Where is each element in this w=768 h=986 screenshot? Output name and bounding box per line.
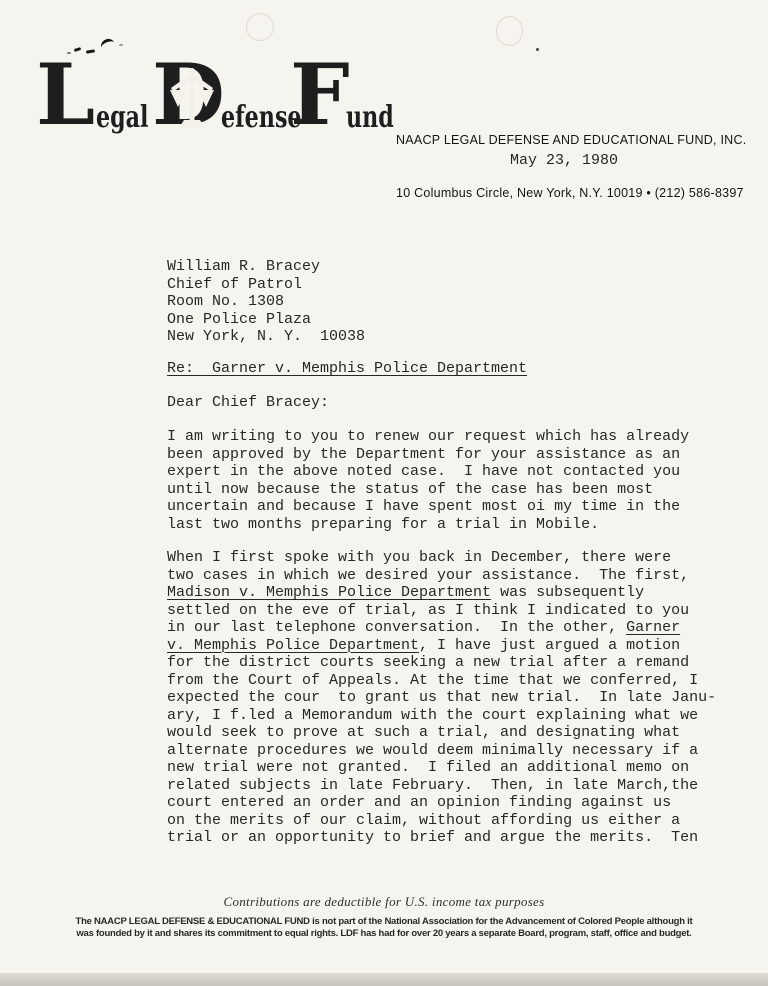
text-line: One Police Plaza: [167, 311, 365, 329]
text-line: ary, I f.led a Memorandum with the court…: [167, 707, 716, 725]
text-line: been approved by the Department for your…: [167, 446, 689, 464]
logo-word-und: und: [346, 103, 394, 133]
text-line: trial or an opportunity to brief and arg…: [167, 829, 716, 847]
text-line: settled on the eve of trial, as I think …: [167, 602, 716, 620]
ink-smudge: [119, 44, 123, 46]
salutation: Dear Chief Bracey:: [167, 394, 329, 412]
body-paragraph-2: When I first spoke with you back in Dece…: [167, 549, 716, 847]
scan-ring-mark: [496, 16, 523, 46]
text-line: Madison v. Memphis Police Department was…: [167, 584, 716, 602]
text-line: Room No. 1308: [167, 293, 365, 311]
text-line: Chief of Patrol: [167, 276, 365, 294]
page-bottom-edge: [0, 973, 768, 986]
text-line: New York, N. Y. 10038: [167, 328, 365, 346]
text-line: for the district courts seeking a new tr…: [167, 654, 716, 672]
logo-letter-f: F: [290, 53, 350, 137]
logo-letter-l: L: [36, 53, 95, 137]
text-line: v. Memphis Police Department, I have jus…: [167, 637, 716, 655]
text-line: from the Court of Appeals. At the time t…: [167, 672, 716, 690]
text-line: new trial were not granted. I filed an a…: [167, 759, 716, 777]
text-line: When I first spoke with you back in Dece…: [167, 549, 716, 567]
subject-line: Re: Garner v. Memphis Police Department: [167, 360, 527, 378]
org-address: 10 Columbus Circle, New York, N.Y. 10019…: [396, 185, 746, 203]
text-line: two cases in which we desired your assis…: [167, 567, 716, 585]
text-line: William R. Bracey: [167, 258, 365, 276]
footer-tax-note: Contributions are deductible for U.S. in…: [0, 894, 768, 910]
text-line: alternate procedures we would deem minim…: [167, 742, 716, 760]
scan-ring-mark: [246, 13, 274, 41]
footer-disclaimer-line2: was founded by it and shares its commitm…: [0, 928, 768, 940]
ink-smudge: [536, 48, 539, 51]
text-line: would seek to prove at such a trial, and…: [167, 724, 716, 742]
letter-page: L egal D efense F und NAACP LEGAL DEFENS…: [0, 0, 768, 986]
text-line: court entered an order and an opinion fi…: [167, 794, 716, 812]
ink-smudge: [99, 37, 117, 54]
letter-date: May 23, 1980: [510, 152, 618, 170]
text-line: uncertain and because I have spent most …: [167, 498, 689, 516]
body-paragraph-1: I am writing to you to renew our request…: [167, 428, 689, 533]
footer-disclaimer-line1: The NAACP LEGAL DEFENSE & EDUCATIONAL FU…: [0, 916, 768, 928]
text-line: related subjects in late February. Then,…: [167, 777, 716, 795]
footer-disclaimer: The NAACP LEGAL DEFENSE & EDUCATIONAL FU…: [0, 916, 768, 941]
text-line: until now because the status of the case…: [167, 481, 689, 499]
text-line: on the merits of our claim, without affo…: [167, 812, 716, 830]
text-line: I am writing to you to renew our request…: [167, 428, 689, 446]
text-line: expected the cour to grant us that new t…: [167, 689, 716, 707]
logo-letter-d-wrap: D: [152, 53, 218, 137]
org-name: NAACP LEGAL DEFENSE AND EDUCATIONAL FUND…: [396, 132, 746, 150]
text-line: in our last telephone conversation. In t…: [167, 619, 716, 637]
scales-of-justice-icon: [166, 68, 216, 132]
recipient-address: William R. BraceyChief of PatrolRoom No.…: [167, 258, 365, 346]
logo-word-egal: egal: [96, 103, 148, 133]
text-line: last two months preparing for a trial in…: [167, 516, 689, 534]
text-line: expert in the above noted case. I have n…: [167, 463, 689, 481]
